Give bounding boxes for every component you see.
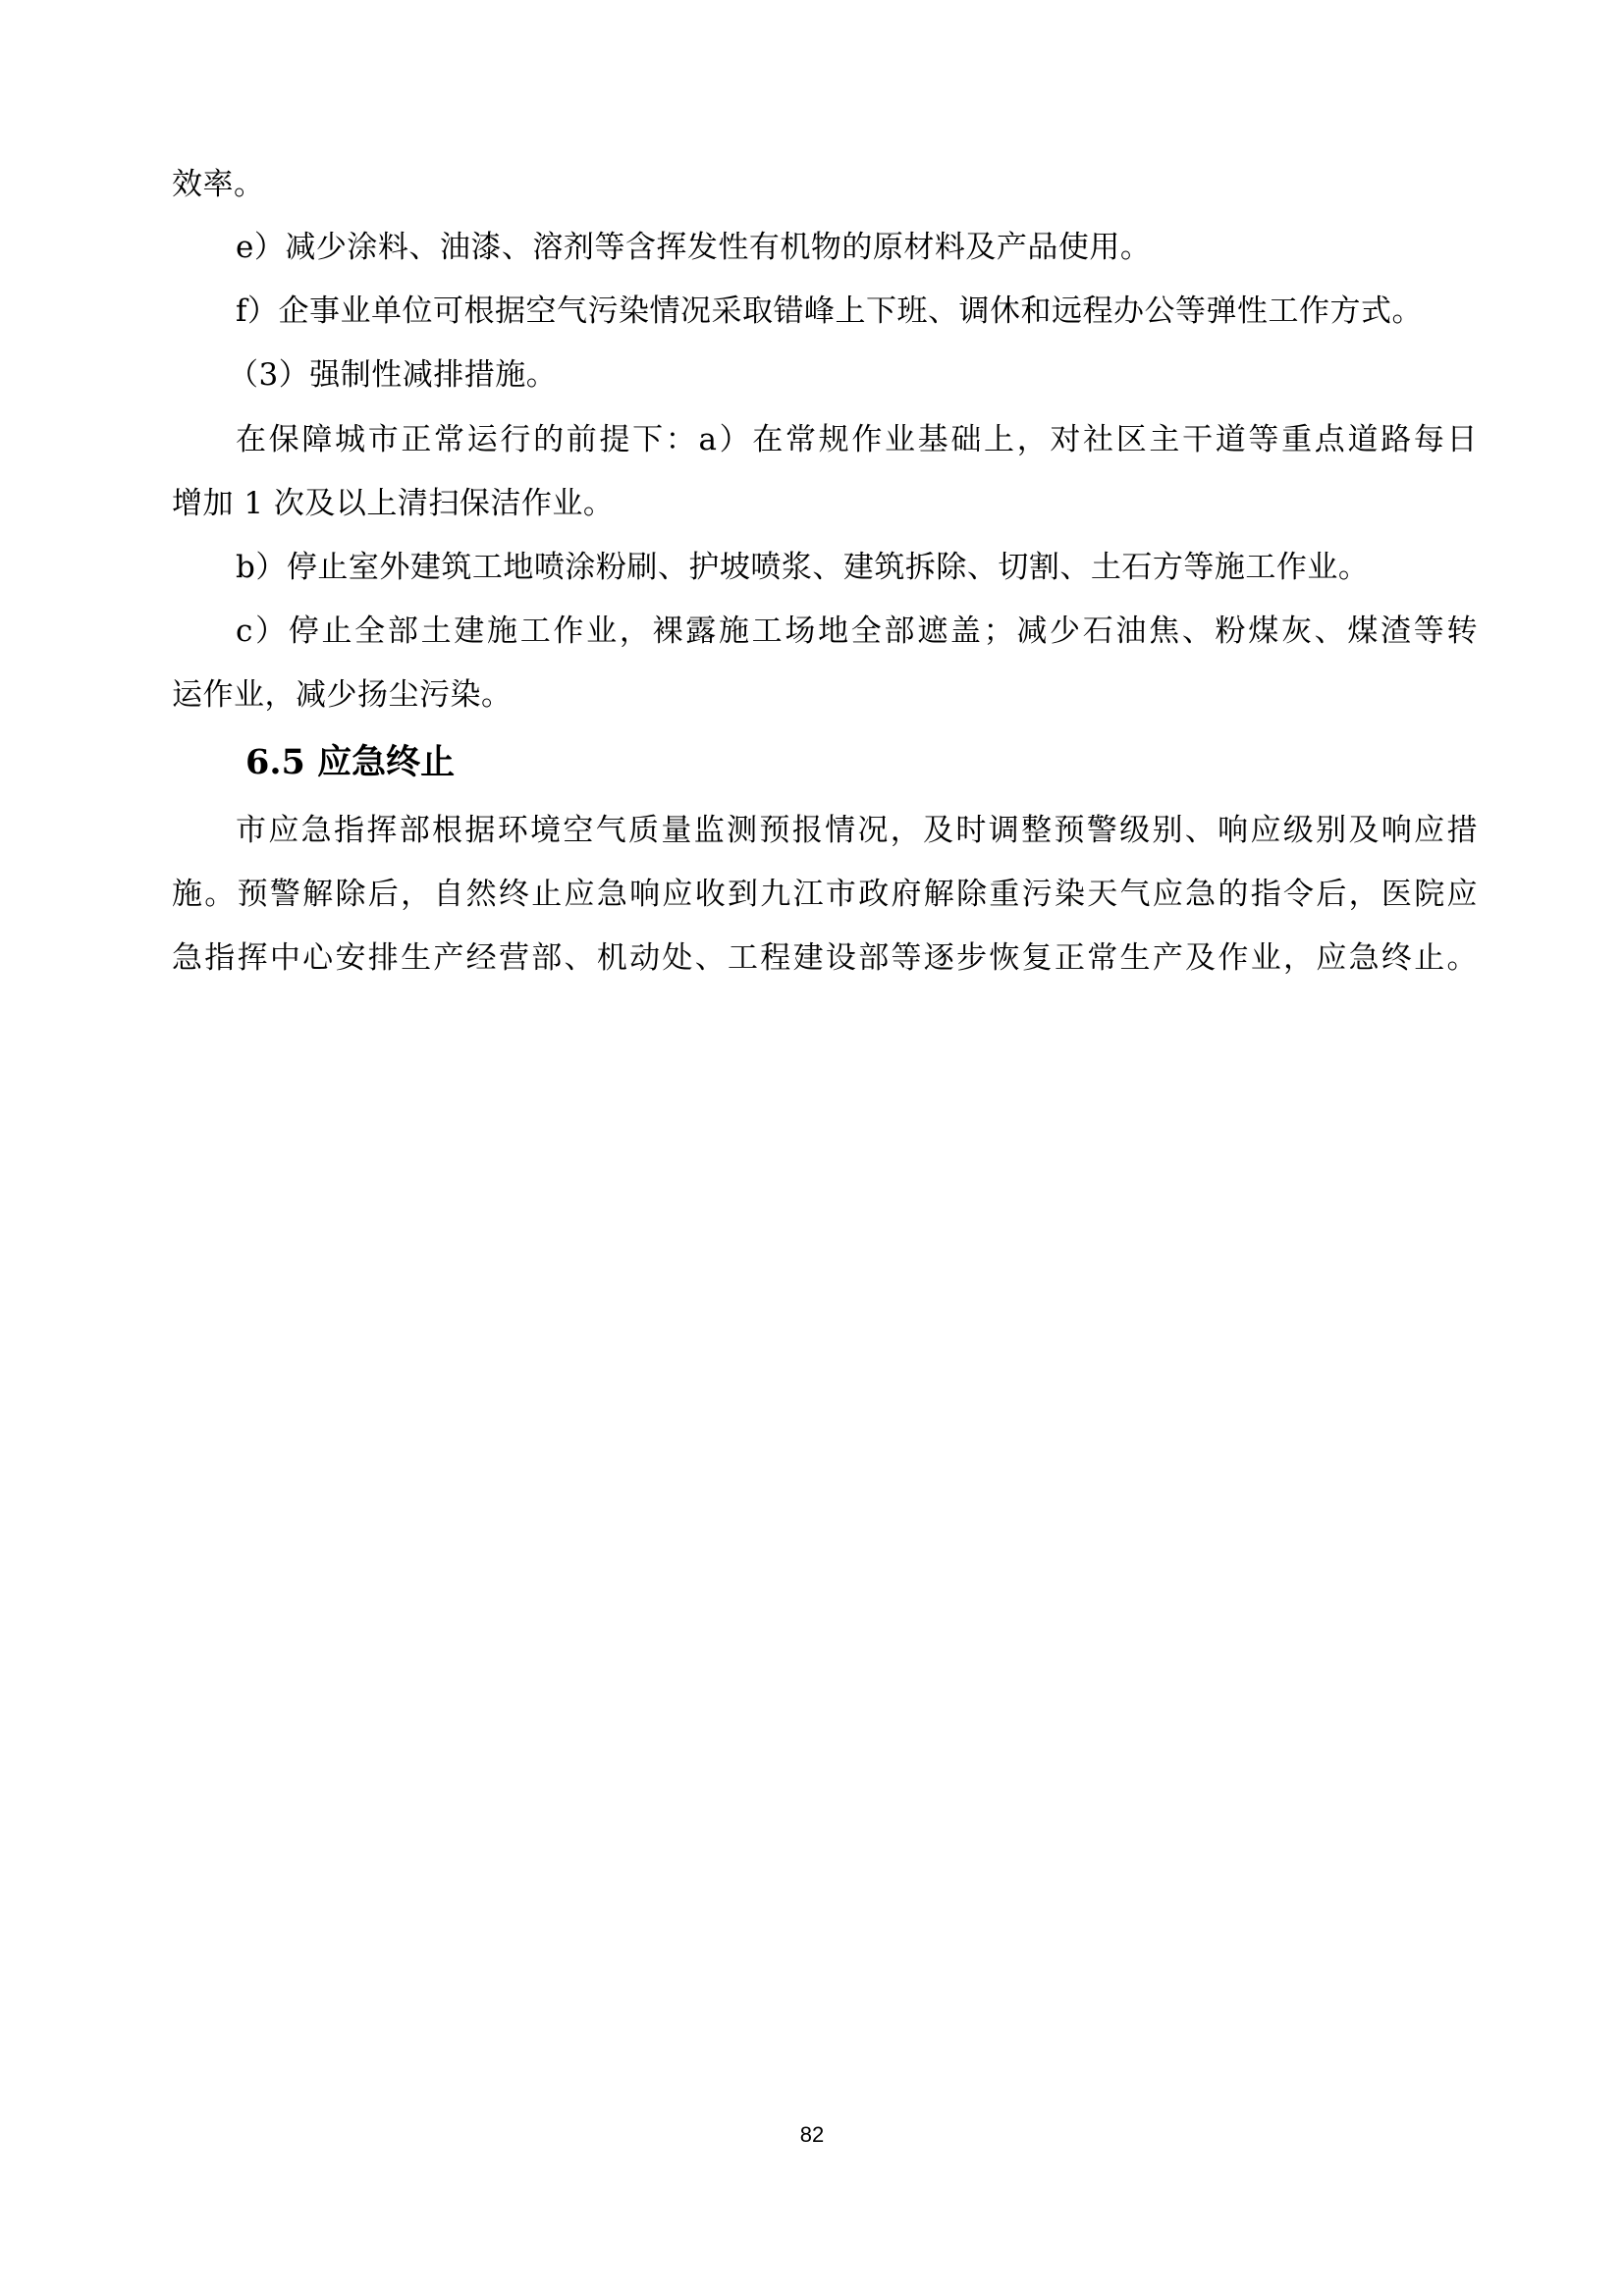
paragraph-line: 在保障城市正常运行的前提下：a）在常规作业基础上，对社区主干道等重点道路每日 [236, 420, 1478, 459]
paragraph-line: 施。预警解除后，自然终止应急响应收到九江市政府解除重污染天气应急的指令后，医院应 [172, 875, 1478, 914]
paragraph-line: 市应急指挥部根据环境空气质量监测预报情况，及时调整预警级别、响应级别及响应措 [236, 811, 1478, 850]
page-number: 82 [0, 2122, 1624, 2148]
list-item-e: e）减少涂料、油漆、溶剂等含挥发性有机物的原材料及产品使用。 [236, 228, 1542, 267]
paragraph-line: 增加 1 次及以上清扫保洁作业。 [172, 484, 1478, 523]
list-item-c: c）停止全部土建施工作业，裸露施工场地全部遮盖；减少石油焦、粉煤灰、煤渣等转 [236, 612, 1478, 651]
paragraph-line: 急指挥中心安排生产经营部、机动处、工程建设部等逐步恢复正常生产及作业，应急终止。 [172, 938, 1478, 978]
list-item-f: f）企事业单位可根据空气污染情况采取错峰上下班、调休和远程办公等弹性工作方式。 [236, 292, 1542, 331]
document-page: 效率。 e）减少涂料、油漆、溶剂等含挥发性有机物的原材料及产品使用。 f）企事业… [0, 0, 1624, 2296]
subheading-mandatory-measures: （3）强制性减排措施。 [228, 355, 1534, 395]
list-item-b: b）停止室外建筑工地喷涂粉刷、护坡喷浆、建筑拆除、切割、土石方等施工作业。 [236, 548, 1542, 587]
paragraph-line: 效率。 [172, 165, 1478, 204]
section-heading: 6.5 应急终止 [245, 741, 455, 784]
paragraph-line: 运作业，减少扬尘污染。 [172, 675, 1478, 715]
